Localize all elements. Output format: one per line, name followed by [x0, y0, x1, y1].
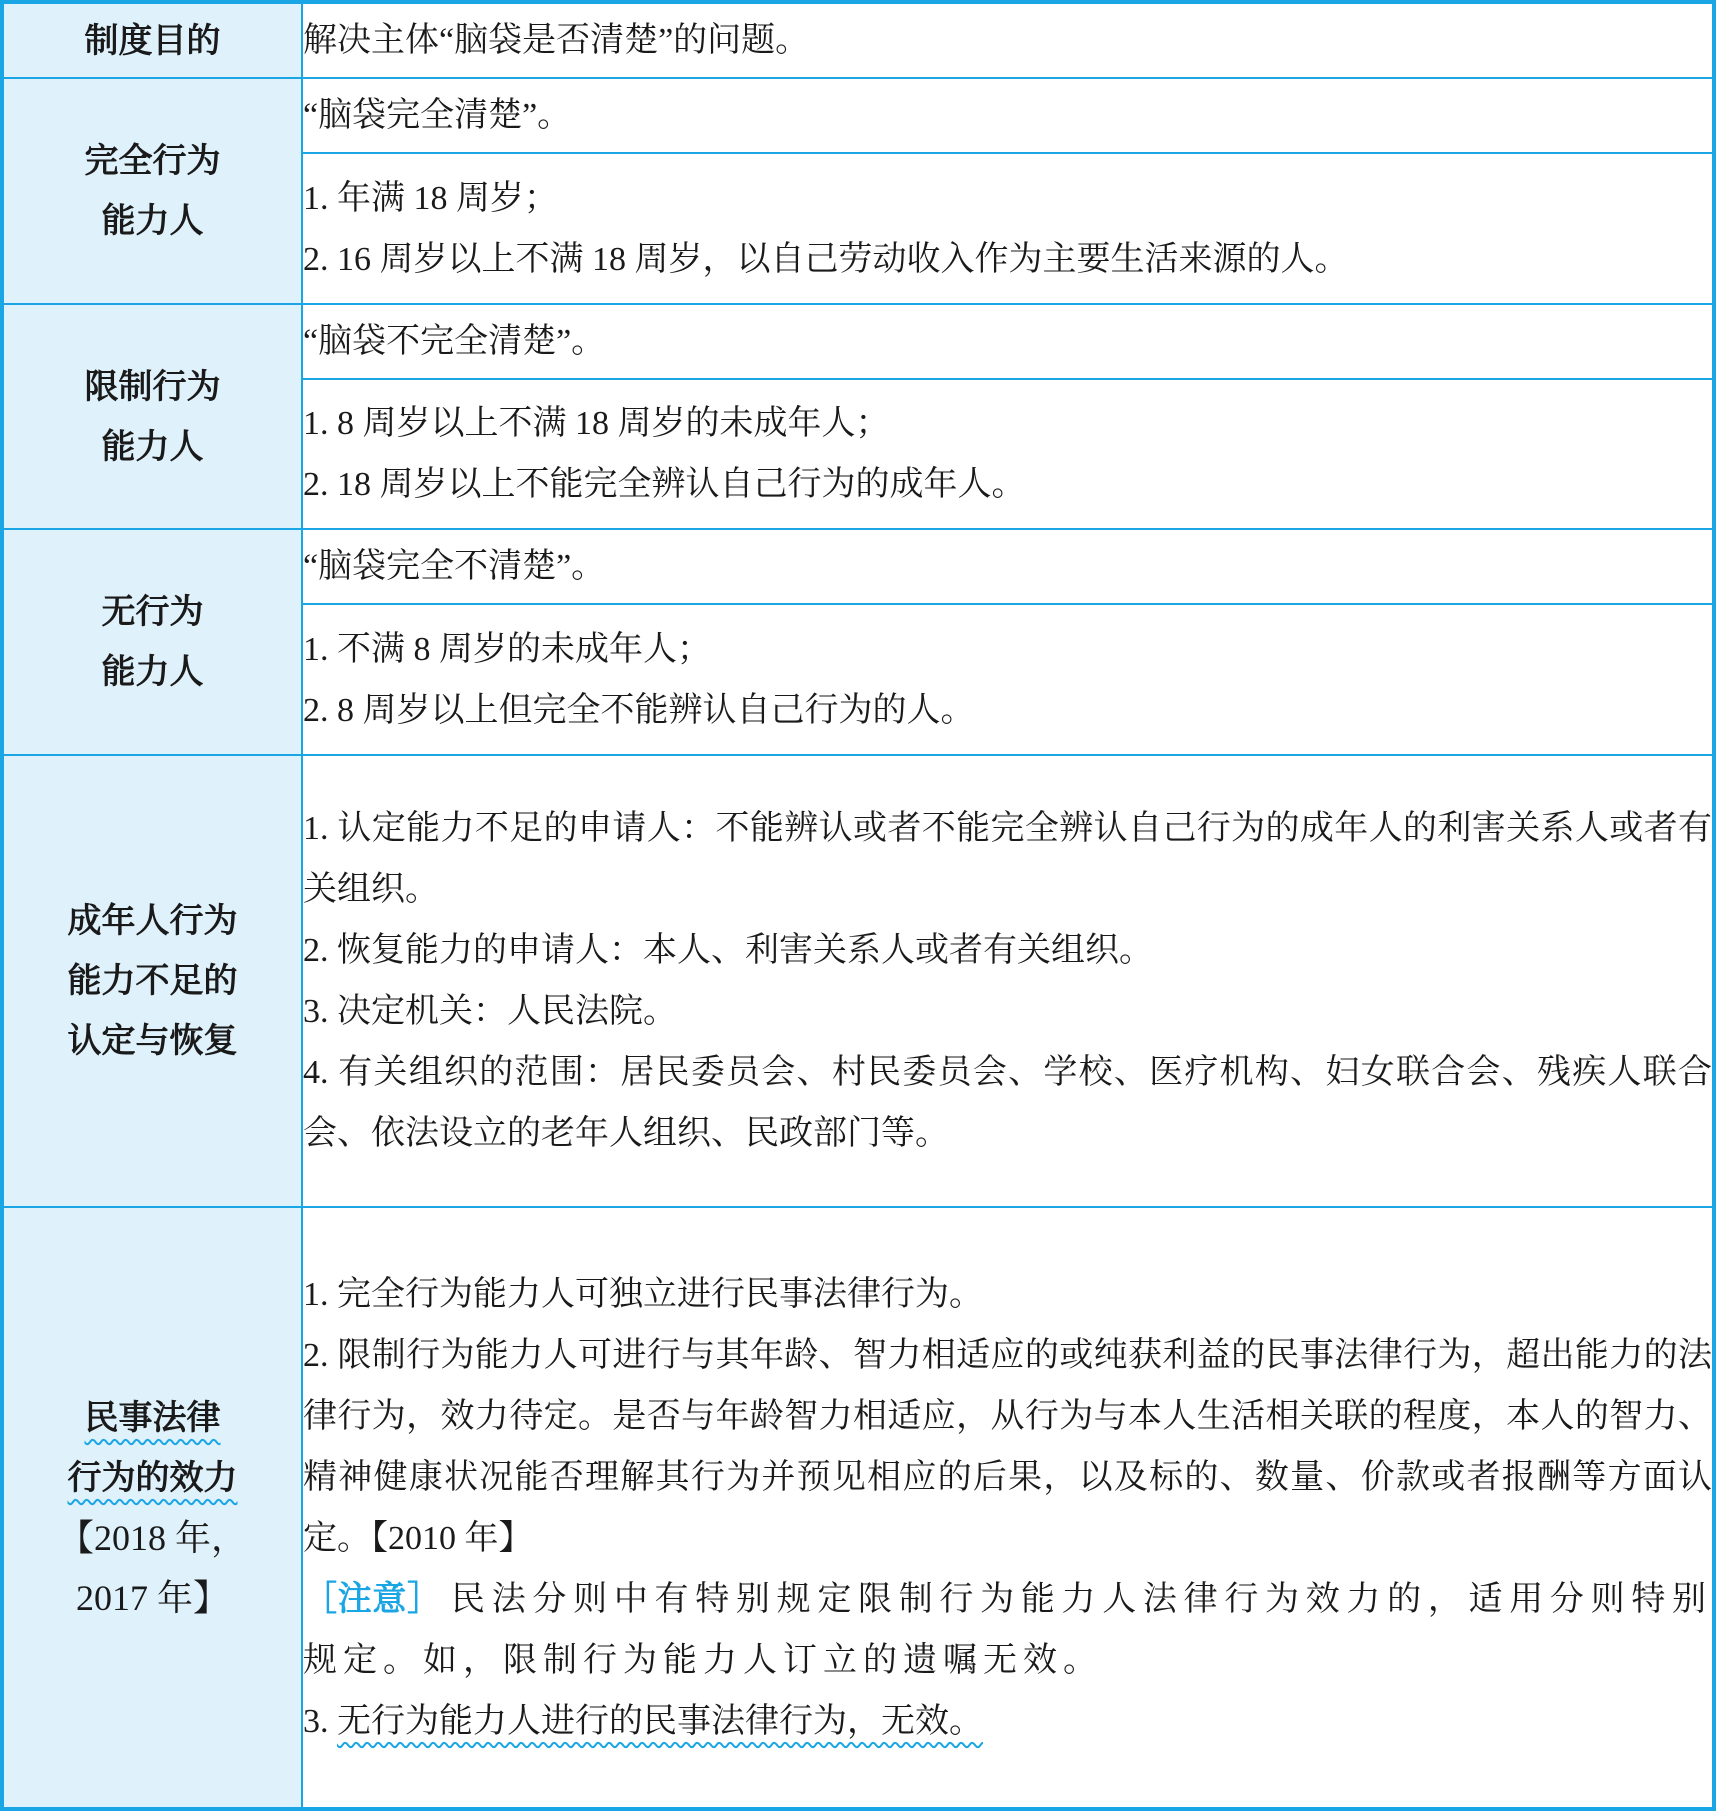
list-item: 2. 恢复能力的申请人：本人、利害关系人或者有关组织。 — [303, 920, 1712, 981]
row-label-legal-act-validity: 民事法律 行为的效力 【2018 年， 2017 年】 — [2, 1207, 302, 1809]
note-block: ［注意］ 民法分则中有特别规定限制行为能力人法律行为效力的，适用分则特别规定。如… — [303, 1569, 1712, 1691]
no-capacity-criteria-cell: 1. 不满 8 周岁的未成年人； 2. 8 周岁以上但完全不能辨认自己行为的人。 — [302, 604, 1714, 755]
row-label-text: 认定与恢复 — [4, 1011, 301, 1071]
list-item: 1. 完全行为能力人可独立进行民事法律行为。 — [303, 1264, 1712, 1325]
list-item: 1. 不满 8 周岁的未成年人； — [303, 619, 1712, 680]
list-item: 1. 认定能力不足的申请人：不能辨认或者不能完全辨认自己行为的成年人的利害关系人… — [303, 798, 1712, 920]
full-capacity-criteria-cell: 1. 年满 18 周岁； 2. 16 周岁以上不满 18 周岁，以自己劳动收入作… — [302, 153, 1714, 304]
row-label-text: 能力人 — [4, 417, 301, 477]
row-label-text: 能力不足的 — [4, 951, 301, 1011]
exam-year-tag: 2017 年】 — [4, 1568, 301, 1628]
row-label-text: 无行为 — [4, 582, 301, 642]
document-page: 制度目的 解决主体“脑袋是否清楚”的问题。 完全行为 能力人 “脑袋完全清楚”。… — [0, 0, 1716, 1811]
note-text: 民法分则中有特别规定限制行为能力人法律行为效力的，适用分则特别规定。如，限制行为… — [303, 1581, 1712, 1679]
legal-act-validity-cell: 1. 完全行为能力人可独立进行民事法律行为。 2. 限制行为能力人可进行与其年龄… — [302, 1207, 1714, 1809]
list-item: 2. 8 周岁以上但完全不能辨认自己行为的人。 — [303, 680, 1712, 741]
full-capacity-summary-cell: “脑袋完全清楚”。 — [302, 78, 1714, 153]
row-label-no-capacity: 无行为 能力人 — [2, 529, 302, 755]
note-tag: ［注意］ — [303, 1579, 442, 1619]
list-item: 3. 决定机关：人民法院。 — [303, 981, 1712, 1042]
row-label-text: 民事法律 — [85, 1398, 221, 1438]
list-item: 1. 年满 18 周岁； — [303, 168, 1712, 229]
cell-text: 解决主体“脑袋是否清楚”的问题。 — [303, 10, 1712, 71]
list-item: 4. 有关组织的范围：居民委员会、村民委员会、学校、医疗机构、妇女联合会、残疾人… — [303, 1042, 1712, 1164]
row-label-text: 成年人行为 — [4, 891, 301, 951]
cell-text: “脑袋不完全清楚”。 — [303, 311, 1712, 372]
table-row: 限制行为 能力人 “脑袋不完全清楚”。 — [2, 304, 1714, 379]
list-item: 2. 16 周岁以上不满 18 周岁，以自己劳动收入作为主要生活来源的人。 — [303, 229, 1712, 290]
row-label-adult-capacity-determination: 成年人行为 能力不足的 认定与恢复 — [2, 755, 302, 1207]
limited-capacity-criteria-cell: 1. 8 周岁以上不满 18 周岁的未成年人； 2. 18 周岁以上不能完全辨认… — [302, 379, 1714, 529]
row-label-limited-capacity: 限制行为 能力人 — [2, 304, 302, 529]
table-row: 民事法律 行为的效力 【2018 年， 2017 年】 1. 完全行为能力人可独… — [2, 1207, 1714, 1809]
table-row: 制度目的 解决主体“脑袋是否清楚”的问题。 — [2, 2, 1714, 78]
row-label-text: 能力人 — [4, 191, 301, 251]
row-label-purpose: 制度目的 — [2, 2, 302, 78]
table-row: 完全行为 能力人 “脑袋完全清楚”。 — [2, 78, 1714, 153]
cell-text: “脑袋完全清楚”。 — [303, 85, 1712, 146]
row-label-full-capacity: 完全行为 能力人 — [2, 78, 302, 304]
adult-capacity-determination-cell: 1. 认定能力不足的申请人：不能辨认或者不能完全辨认自己行为的成年人的利害关系人… — [302, 755, 1714, 1207]
table-row: 无行为 能力人 “脑袋完全不清楚”。 — [2, 529, 1714, 604]
no-capacity-summary-cell: “脑袋完全不清楚”。 — [302, 529, 1714, 604]
list-item: 2. 18 周岁以上不能完全辨认自己行为的成年人。 — [303, 454, 1712, 515]
limited-capacity-summary-cell: “脑袋不完全清楚”。 — [302, 304, 1714, 379]
row-label-text: 完全行为 — [4, 131, 301, 191]
item-number: 3. — [303, 1703, 337, 1740]
row-label-text: 限制行为 — [4, 357, 301, 417]
civil-capacity-table: 制度目的 解决主体“脑袋是否清楚”的问题。 完全行为 能力人 “脑袋完全清楚”。… — [0, 0, 1716, 1811]
row-label-text: 行为的效力 — [68, 1458, 238, 1498]
emphasized-text: 无行为能力人进行的民事法律行为，无效。 — [337, 1703, 983, 1740]
list-item: 1. 8 周岁以上不满 18 周岁的未成年人； — [303, 393, 1712, 454]
row-label-text: 能力人 — [4, 642, 301, 702]
purpose-cell: 解决主体“脑袋是否清楚”的问题。 — [302, 2, 1714, 78]
list-item: 3. 无行为能力人进行的民事法律行为，无效。 — [303, 1691, 1712, 1752]
list-item: 2. 限制行为能力人可进行与其年龄、智力相适应的或纯获利益的民事法律行为，超出能… — [303, 1325, 1712, 1569]
cell-text: “脑袋完全不清楚”。 — [303, 536, 1712, 597]
table-row: 成年人行为 能力不足的 认定与恢复 1. 认定能力不足的申请人：不能辨认或者不能… — [2, 755, 1714, 1207]
row-label-text: 制度目的 — [4, 11, 301, 71]
exam-year-tag: 【2018 年， — [4, 1508, 301, 1568]
